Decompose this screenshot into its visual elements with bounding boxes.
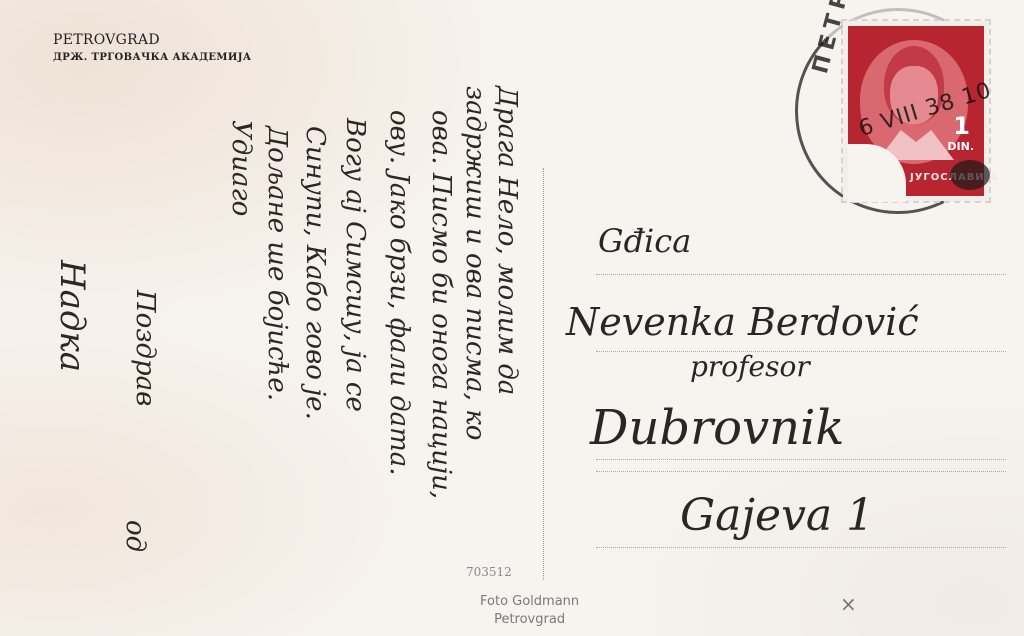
message-line: Драга Нело, молим да xyxy=(492,86,522,395)
message-line: Вогу ај Симсшу, ја се xyxy=(340,118,370,412)
center-divider xyxy=(543,168,544,580)
header-subtitle: ДРЖ. ТРГОВАЧКА АКАДЕМИЈА xyxy=(53,52,251,63)
address-line-3 xyxy=(596,459,1006,460)
publisher-city: Petrovgrad xyxy=(480,611,579,629)
address-line-1 xyxy=(596,274,1006,275)
address-salutation: Gđica xyxy=(598,222,691,260)
message-line: ова. Писмо би онога нацији, xyxy=(426,110,456,499)
address-title: profesor xyxy=(690,350,810,383)
stamp-currency: DIN. xyxy=(947,140,974,153)
message-line: задржиш и ова писма, ко xyxy=(460,86,490,440)
address-street: Gajeva 1 xyxy=(680,490,874,541)
card-serial-number: 703512 xyxy=(466,565,512,579)
address-name: Nevenka Berdović xyxy=(566,300,919,344)
message-line: Дољане ше бојисће. xyxy=(262,126,292,401)
message-date: од xyxy=(120,520,150,552)
message-closing: Поздрав xyxy=(130,290,160,406)
header-title: PETROVGRAD xyxy=(53,32,160,48)
address-line-5 xyxy=(596,547,1006,548)
signature: Надка xyxy=(52,260,92,372)
address-city: Dubrovnik xyxy=(590,400,844,456)
postcard-back: PETROVGRAD ДРЖ. ТРГОВАЧКА АКАДЕМИЈА Драг… xyxy=(0,0,1024,636)
pencil-cross-mark: × xyxy=(840,592,857,616)
message-line: ову. Јако брзи, фали дата. xyxy=(384,110,414,476)
stamp-value: 1 xyxy=(953,112,970,140)
message-line: Удиаго xyxy=(226,120,256,216)
cancel-ink-blot xyxy=(950,160,990,190)
address-line-4 xyxy=(596,471,1006,472)
message-line: Синупи, Кабо гово је. xyxy=(300,126,330,420)
publisher-imprint: Foto Goldmann Petrovgrad xyxy=(480,593,579,629)
publisher-name: Foto Goldmann xyxy=(480,593,579,611)
